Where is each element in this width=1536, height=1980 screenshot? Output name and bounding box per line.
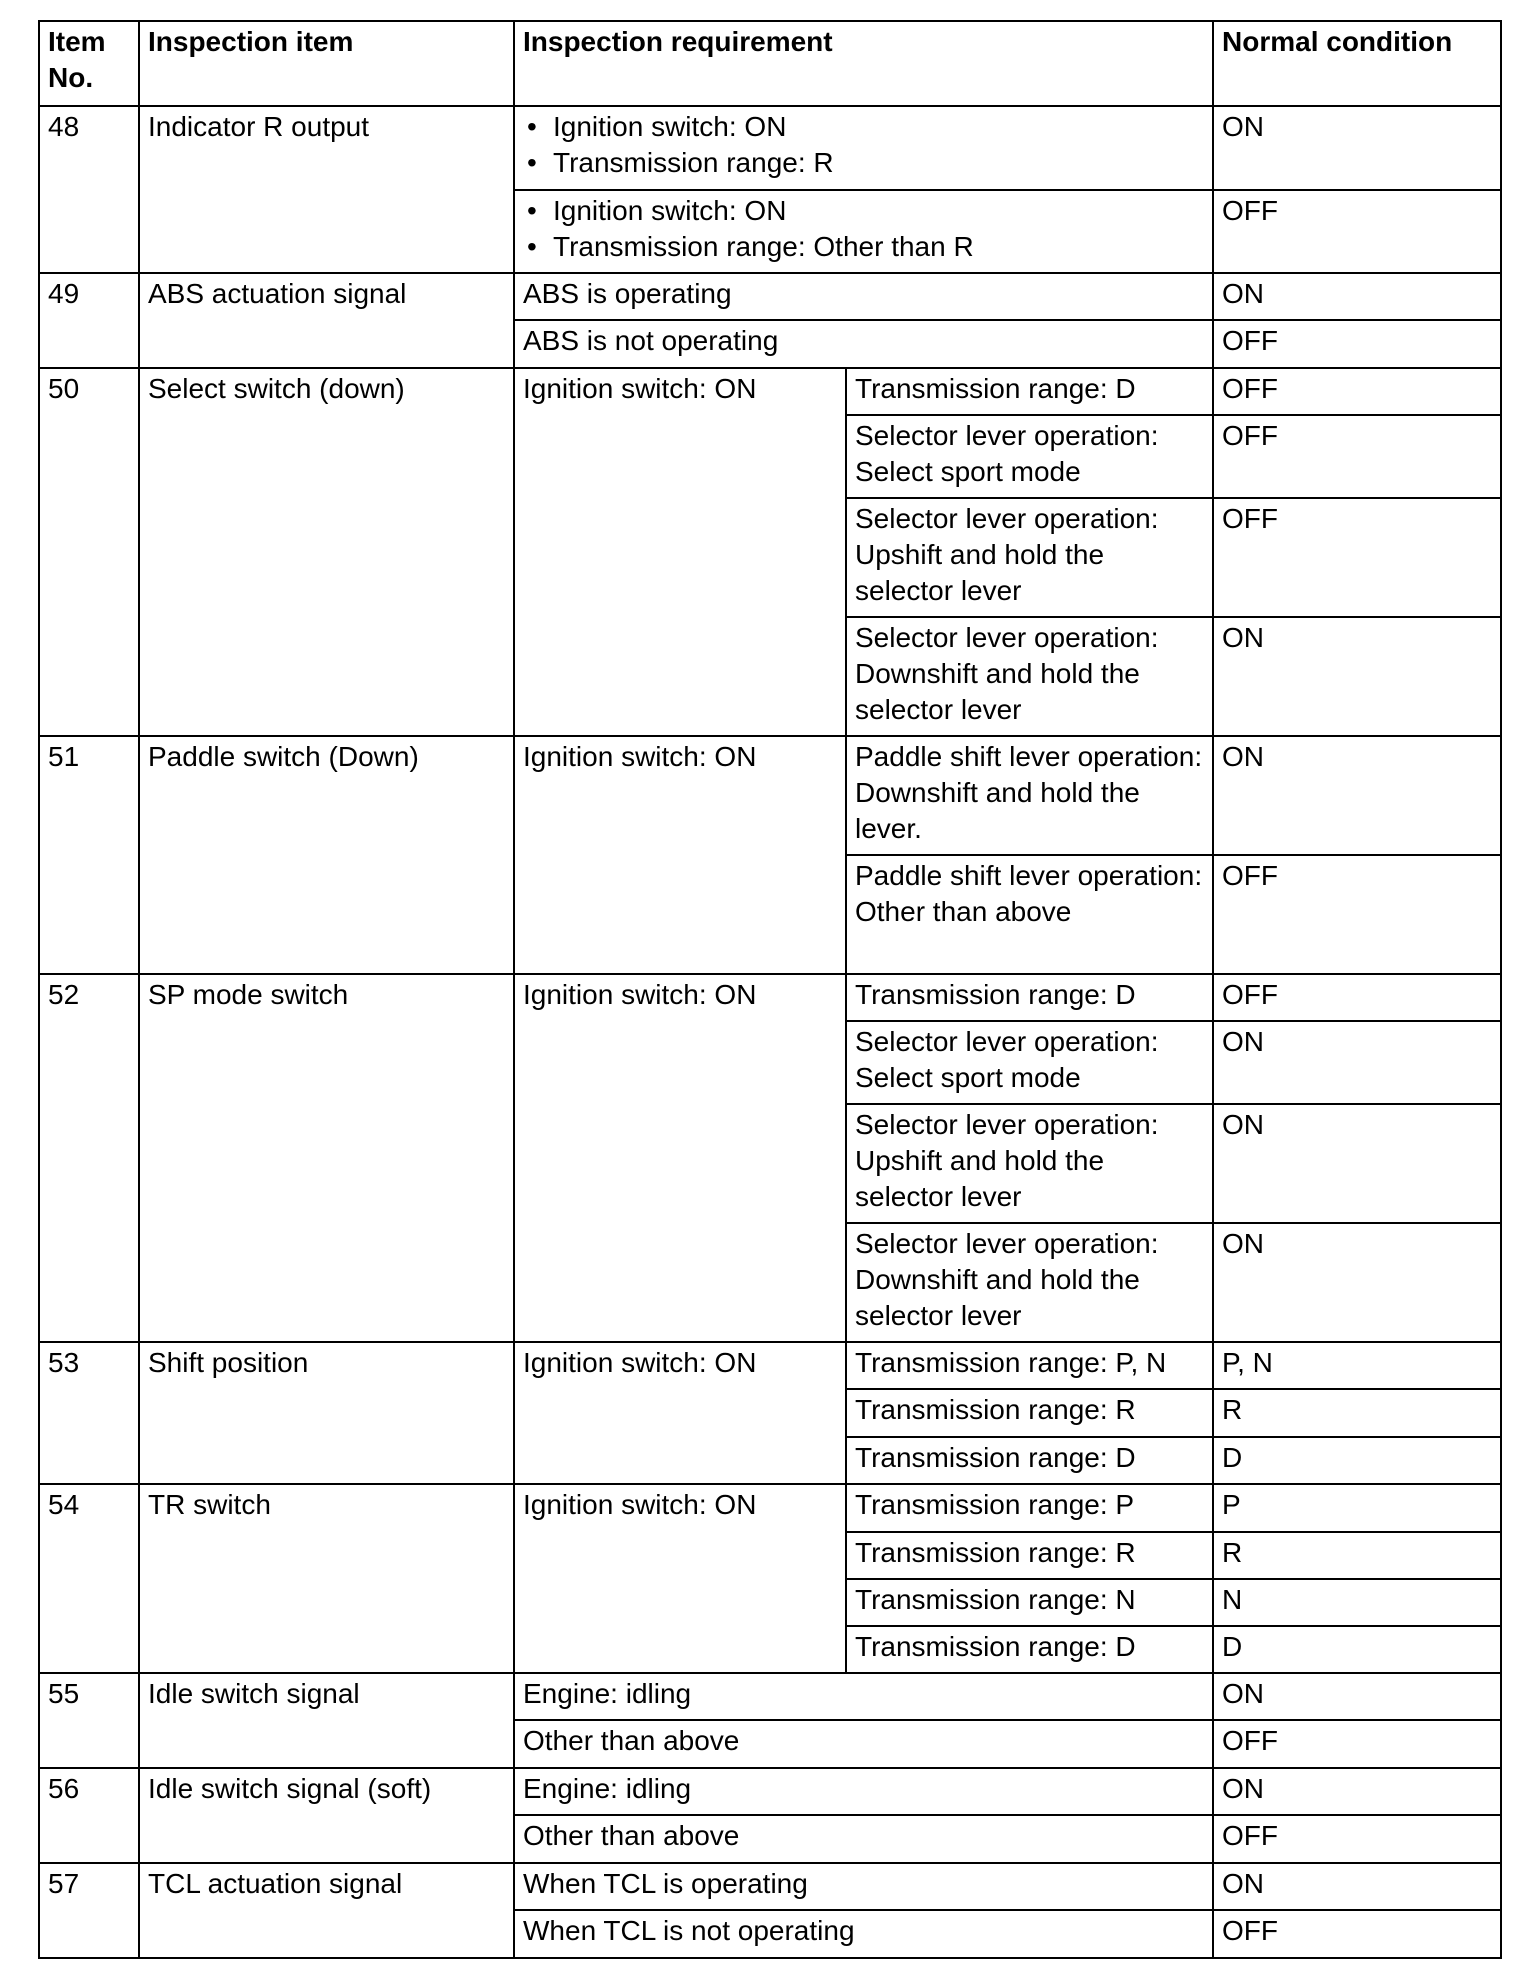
requirement-condition-cell: Ignition switch: ON	[514, 736, 846, 974]
requirement-cell: Engine: idling	[514, 1768, 1213, 1815]
inspection-item-cell: TCL actuation signal	[139, 1863, 514, 1958]
normal-condition-cell: OFF	[1213, 974, 1501, 1021]
requirement-cell: When TCL is not operating	[514, 1910, 1213, 1958]
normal-condition-cell: D	[1213, 1626, 1501, 1673]
item-no-cell: 49	[39, 273, 139, 368]
normal-condition-cell: ON	[1213, 1021, 1501, 1104]
table-row: 56Idle switch signal (soft)Engine: idlin…	[39, 1768, 1501, 1815]
inspection-item-cell: SP mode switch	[139, 974, 514, 1342]
inspection-item-cell: Select switch (down)	[139, 368, 514, 736]
requirement-condition-cell: Ignition switch: ON	[514, 1484, 846, 1673]
normal-condition-cell: ON	[1213, 1863, 1501, 1910]
item-no-cell: 55	[39, 1673, 139, 1768]
requirement-cell: Other than above	[514, 1815, 1213, 1863]
requirement-cell: Ignition switch: ONTransmission range: R	[514, 106, 1213, 190]
table-row: 53Shift positionIgnition switch: ONTrans…	[39, 1342, 1501, 1389]
header-normal-condition: Normal condition	[1213, 21, 1501, 106]
normal-condition-cell: ON	[1213, 1673, 1501, 1720]
item-no-cell: 54	[39, 1484, 139, 1673]
requirement-condition-cell: Ignition switch: ON	[514, 974, 846, 1342]
inspection-table: Item No. Inspection item Inspection requ…	[38, 20, 1502, 1959]
requirement-cell: Paddle shift lever operation: Other than…	[846, 855, 1213, 974]
inspection-item-cell: Paddle switch (Down)	[139, 736, 514, 974]
normal-condition-cell: R	[1213, 1532, 1501, 1579]
requirement-bullet-list: Ignition switch: ONTransmission range: R	[523, 109, 1204, 181]
item-no-cell: 52	[39, 974, 139, 1342]
normal-condition-cell: ON	[1213, 1104, 1501, 1223]
requirement-cell: Transmission range: P	[846, 1484, 1213, 1532]
normal-condition-cell: OFF	[1213, 1815, 1501, 1863]
inspection-item-cell: TR switch	[139, 1484, 514, 1673]
requirement-cell: When TCL is operating	[514, 1863, 1213, 1910]
inspection-item-cell: Indicator R output	[139, 106, 514, 273]
inspection-item-cell: ABS actuation signal	[139, 273, 514, 368]
inspection-item-cell: Idle switch signal	[139, 1673, 514, 1768]
requirement-cell: Transmission range: R	[846, 1532, 1213, 1579]
requirement-cell: Selector lever operation: Select sport m…	[846, 1021, 1213, 1104]
normal-condition-cell: R	[1213, 1389, 1501, 1437]
requirement-bullet: Transmission range: R	[553, 145, 1204, 181]
requirement-cell: Paddle shift lever operation: Downshift …	[846, 736, 1213, 855]
requirement-cell: ABS is not operating	[514, 320, 1213, 368]
header-item-no: Item No.	[39, 21, 139, 106]
requirement-bullet: Transmission range: Other than R	[553, 229, 1204, 265]
table-row: 48Indicator R outputIgnition switch: ONT…	[39, 106, 1501, 190]
header-row: Item No. Inspection item Inspection requ…	[39, 21, 1501, 106]
item-no-cell: 53	[39, 1342, 139, 1484]
normal-condition-cell: OFF	[1213, 1720, 1501, 1768]
normal-condition-cell: OFF	[1213, 1910, 1501, 1958]
normal-condition-cell: ON	[1213, 106, 1501, 190]
requirement-cell: Transmission range: D	[846, 1437, 1213, 1484]
requirement-condition-cell: Ignition switch: ON	[514, 1342, 846, 1484]
requirement-cell: Transmission range: R	[846, 1389, 1213, 1437]
normal-condition-cell: D	[1213, 1437, 1501, 1484]
requirement-condition-cell: Ignition switch: ON	[514, 368, 846, 736]
header-inspection-requirement: Inspection requirement	[514, 21, 1213, 106]
normal-condition-cell: OFF	[1213, 498, 1501, 617]
item-no-cell: 48	[39, 106, 139, 273]
requirement-cell: Transmission range: N	[846, 1579, 1213, 1626]
requirement-cell: Transmission range: P, N	[846, 1342, 1213, 1389]
table-row: 52SP mode switchIgnition switch: ONTrans…	[39, 974, 1501, 1021]
table-row: 54TR switchIgnition switch: ONTransmissi…	[39, 1484, 1501, 1532]
inspection-item-cell: Idle switch signal (soft)	[139, 1768, 514, 1863]
requirement-bullet-list: Ignition switch: ONTransmission range: O…	[523, 193, 1204, 265]
requirement-cell: Selector lever operation: Select sport m…	[846, 415, 1213, 498]
requirement-cell: Other than above	[514, 1720, 1213, 1768]
requirement-bullet: Ignition switch: ON	[553, 109, 1204, 145]
requirement-cell: Ignition switch: ONTransmission range: O…	[514, 190, 1213, 273]
inspection-item-cell: Shift position	[139, 1342, 514, 1484]
requirement-cell: ABS is operating	[514, 273, 1213, 320]
item-no-cell: 56	[39, 1768, 139, 1863]
normal-condition-cell: OFF	[1213, 855, 1501, 974]
table-row: 50Select switch (down)Ignition switch: O…	[39, 368, 1501, 415]
normal-condition-cell: N	[1213, 1579, 1501, 1626]
normal-condition-cell: OFF	[1213, 190, 1501, 273]
table-row: 55Idle switch signalEngine: idlingON	[39, 1673, 1501, 1720]
normal-condition-cell: ON	[1213, 1223, 1501, 1342]
requirement-cell: Selector lever operation: Upshift and ho…	[846, 1104, 1213, 1223]
requirement-cell: Selector lever operation: Upshift and ho…	[846, 498, 1213, 617]
requirement-bullet: Ignition switch: ON	[553, 193, 1204, 229]
requirement-cell: Transmission range: D	[846, 368, 1213, 415]
header-inspection-item: Inspection item	[139, 21, 514, 106]
item-no-cell: 50	[39, 368, 139, 736]
table-row: 49ABS actuation signalABS is operatingON	[39, 273, 1501, 320]
item-no-cell: 51	[39, 736, 139, 974]
table-row: 51Paddle switch (Down)Ignition switch: O…	[39, 736, 1501, 855]
requirement-cell: Selector lever operation: Downshift and …	[846, 1223, 1213, 1342]
normal-condition-cell: P, N	[1213, 1342, 1501, 1389]
normal-condition-cell: ON	[1213, 273, 1501, 320]
normal-condition-cell: ON	[1213, 1768, 1501, 1815]
normal-condition-cell: OFF	[1213, 415, 1501, 498]
item-no-cell: 57	[39, 1863, 139, 1958]
normal-condition-cell: P	[1213, 1484, 1501, 1532]
normal-condition-cell: OFF	[1213, 320, 1501, 368]
requirement-cell: Transmission range: D	[846, 974, 1213, 1021]
requirement-cell: Selector lever operation: Downshift and …	[846, 617, 1213, 736]
requirement-cell: Engine: idling	[514, 1673, 1213, 1720]
normal-condition-cell: OFF	[1213, 368, 1501, 415]
requirement-cell: Transmission range: D	[846, 1626, 1213, 1673]
table-row: 57TCL actuation signalWhen TCL is operat…	[39, 1863, 1501, 1910]
normal-condition-cell: ON	[1213, 736, 1501, 855]
normal-condition-cell: ON	[1213, 617, 1501, 736]
